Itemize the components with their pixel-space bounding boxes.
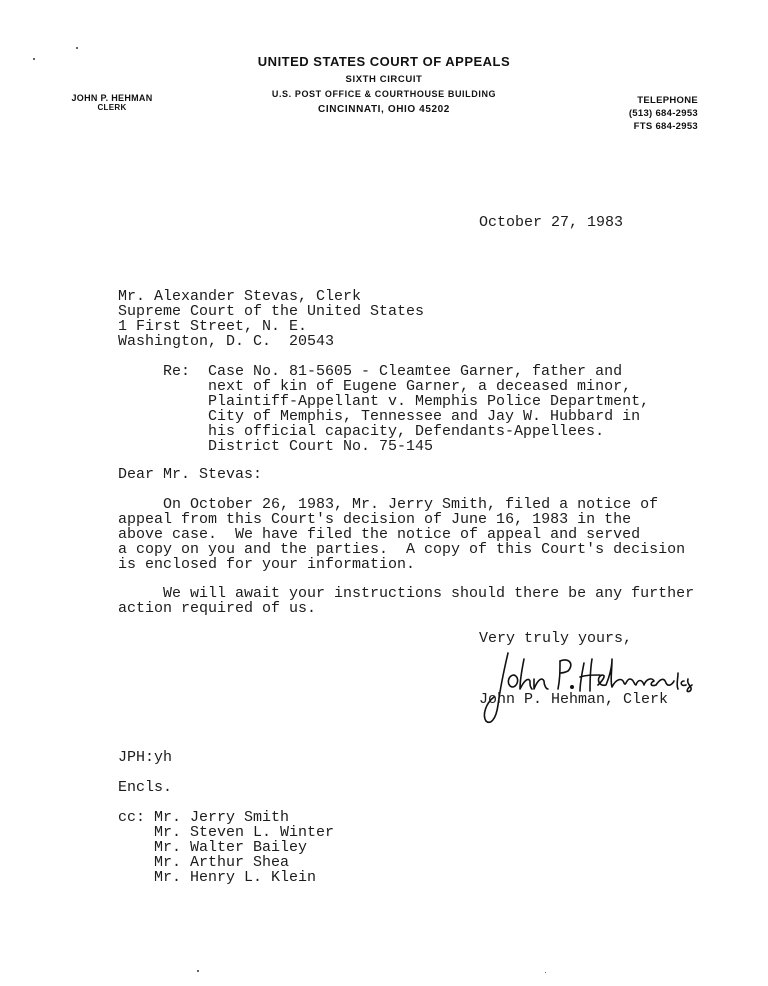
recipient-address: Mr. Alexander Stevas, ClerkSupreme Court…: [118, 290, 424, 350]
clerk-name-label: JOHN P. HEHMAN: [52, 93, 172, 103]
scan-speck: [545, 972, 546, 973]
telephone-label: TELEPHONE: [637, 95, 698, 106]
clerk-title-label: CLERK: [52, 103, 172, 112]
court-name-heading: UNITED STATES COURT OF APPEALS: [0, 54, 768, 69]
signer-name: John P. Hehman, Clerk: [479, 693, 668, 708]
re-line: District Court No. 75-145: [208, 440, 649, 455]
body-line: action required of us.: [118, 602, 694, 617]
scan-speck: [33, 58, 35, 60]
scan-speck: [76, 47, 78, 49]
cc-label: cc:: [118, 811, 145, 826]
typist-initials: JPH:yh: [118, 751, 172, 766]
re-label: Re:: [163, 365, 190, 380]
body-paragraph-1: On October 26, 1983, Mr. Jerry Smith, fi…: [118, 498, 685, 573]
handwritten-signature: [480, 645, 710, 730]
address-line: Washington, D. C. 20543: [118, 335, 424, 350]
salutation: Dear Mr. Stevas:: [118, 468, 262, 483]
circuit-label: SIXTH CIRCUIT: [0, 74, 768, 85]
enclosures-note: Encls.: [118, 781, 172, 796]
body-line: is enclosed for your information.: [118, 558, 685, 573]
scan-speck: [197, 970, 199, 972]
re-subject: Case No. 81-5605 - Cleamtee Garner, fath…: [208, 365, 649, 454]
phone-fts: FTS 684-2953: [634, 121, 698, 132]
letter-date: October 27, 1983: [479, 216, 623, 231]
body-paragraph-2: We will await your instructions should t…: [118, 587, 694, 617]
cc-list: Mr. Jerry SmithMr. Steven L. WinterMr. W…: [154, 811, 334, 886]
cc-recipient: Mr. Henry L. Klein: [154, 871, 334, 886]
phone-main: (513) 684-2953: [629, 108, 698, 119]
